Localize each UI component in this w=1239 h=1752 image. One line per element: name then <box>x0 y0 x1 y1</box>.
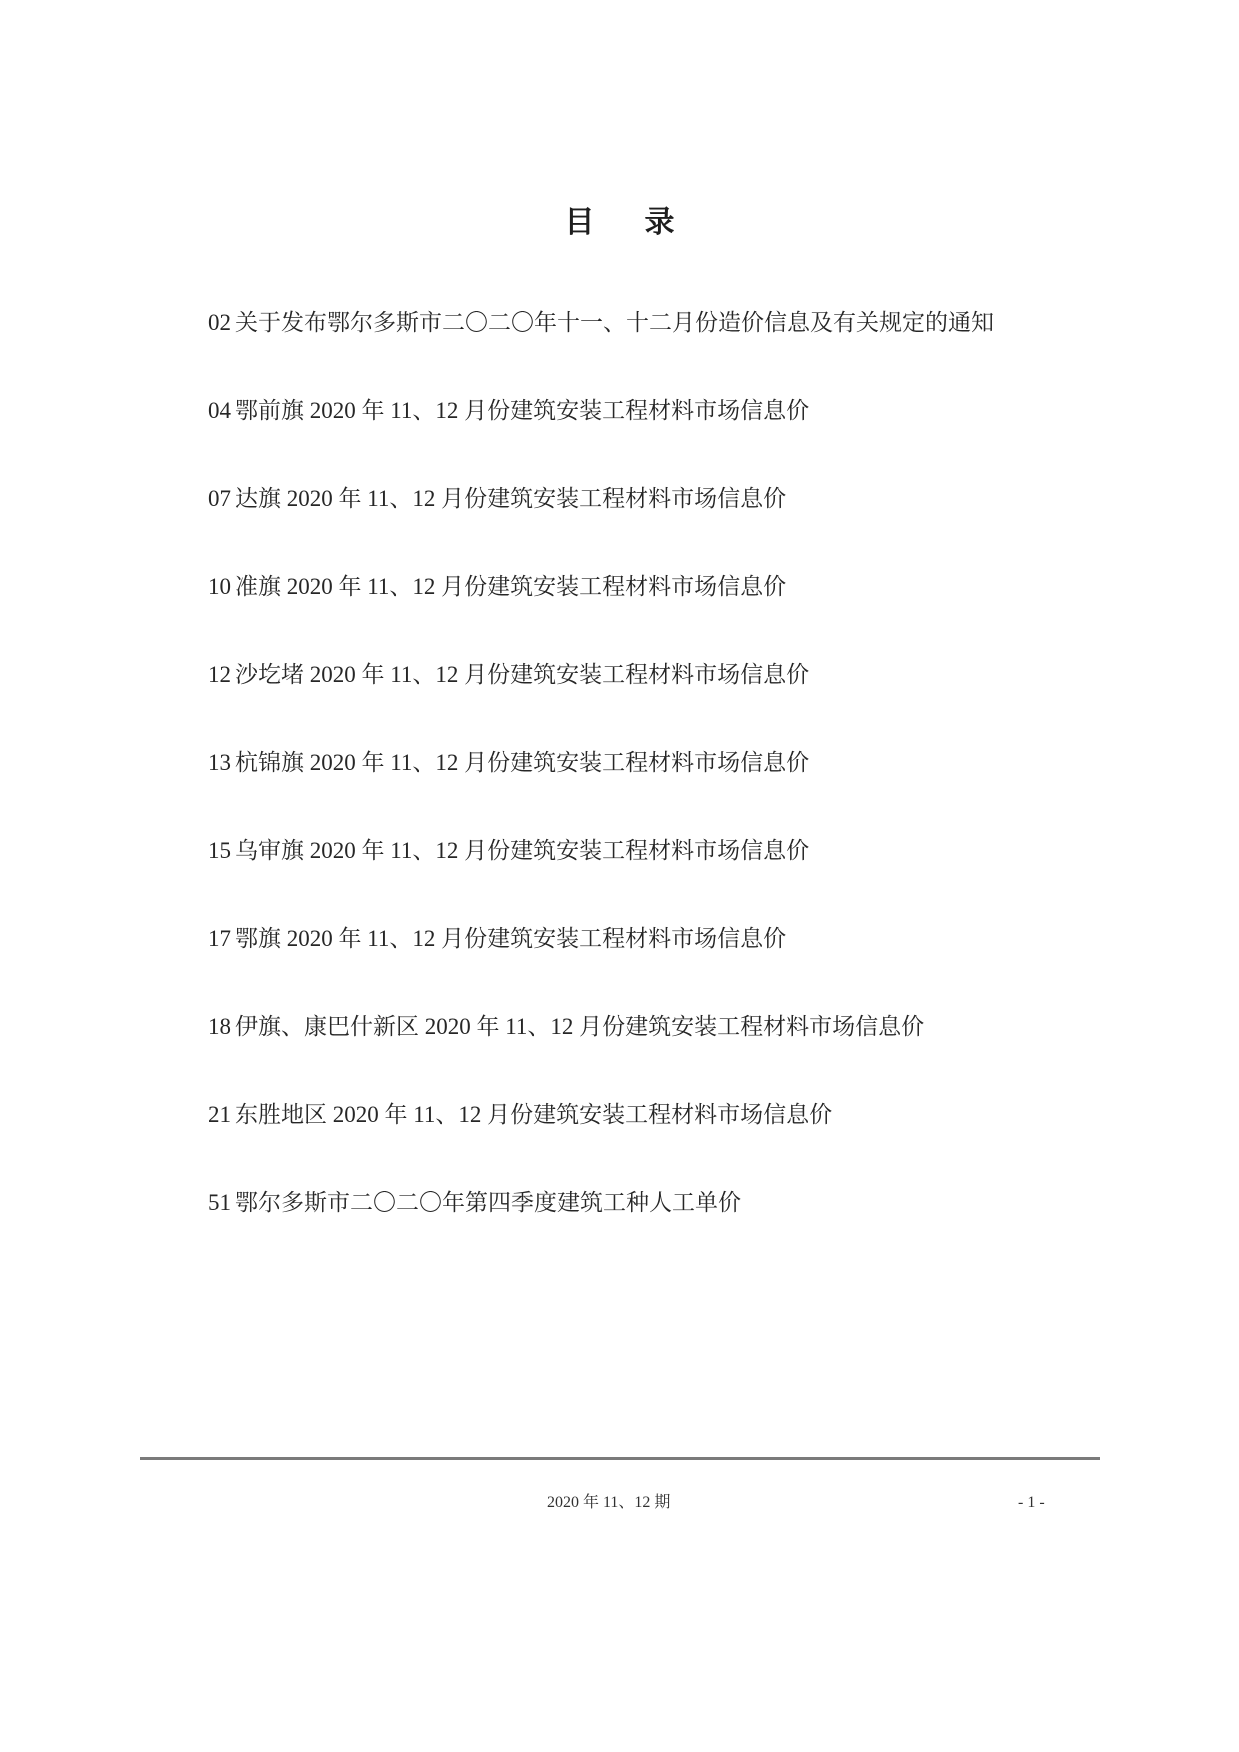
toc-entry[interactable]: 15乌审旗 2020 年 11、12 月份建筑安装工程材料市场信息价 <box>208 834 994 922</box>
toc-entry-title: 乌审旗 2020 年 11、12 月份建筑安装工程材料市场信息价 <box>235 838 809 863</box>
table-of-contents: 02关于发布鄂尔多斯市二〇二〇年十一、十二月份造价信息及有关规定的通知 04鄂前… <box>208 306 994 1274</box>
toc-entry-title: 鄂尔多斯市二〇二〇年第四季度建筑工种人工单价 <box>235 1190 741 1215</box>
toc-page-number: 02 <box>208 306 231 340</box>
toc-entry[interactable]: 04鄂前旗 2020 年 11、12 月份建筑安装工程材料市场信息价 <box>208 394 994 482</box>
title-char-2: 录 <box>645 203 675 243</box>
toc-entry-title: 杭锦旗 2020 年 11、12 月份建筑安装工程材料市场信息价 <box>235 750 809 775</box>
toc-entry-title: 伊旗、康巴什新区 2020 年 11、12 月份建筑安装工程材料市场信息价 <box>235 1014 924 1039</box>
toc-page-number: 51 <box>208 1186 231 1220</box>
toc-page-number: 13 <box>208 746 231 780</box>
toc-entry-title: 鄂前旗 2020 年 11、12 月份建筑安装工程材料市场信息价 <box>235 398 809 423</box>
title-char-1: 目 <box>565 203 595 243</box>
toc-page-number: 10 <box>208 570 231 604</box>
toc-entry-title: 东胜地区 2020 年 11、12 月份建筑安装工程材料市场信息价 <box>235 1102 832 1127</box>
toc-page-number: 04 <box>208 394 231 428</box>
toc-entry[interactable]: 12沙圪堵 2020 年 11、12 月份建筑安装工程材料市场信息价 <box>208 658 994 746</box>
toc-entry[interactable]: 02关于发布鄂尔多斯市二〇二〇年十一、十二月份造价信息及有关规定的通知 <box>208 306 994 394</box>
document-page: 目录 02关于发布鄂尔多斯市二〇二〇年十一、十二月份造价信息及有关规定的通知 0… <box>0 0 1239 1752</box>
toc-entry[interactable]: 17鄂旗 2020 年 11、12 月份建筑安装工程材料市场信息价 <box>208 922 994 1010</box>
toc-page-number: 15 <box>208 834 231 868</box>
toc-page-number: 17 <box>208 922 231 956</box>
footer-issue-label: 2020 年 11、12 期 <box>547 1492 670 1514</box>
toc-entry-title: 鄂旗 2020 年 11、12 月份建筑安装工程材料市场信息价 <box>235 926 786 951</box>
toc-entry-title: 达旗 2020 年 11、12 月份建筑安装工程材料市场信息价 <box>235 486 786 511</box>
footer-page-number: - 1 - <box>1018 1492 1045 1514</box>
toc-entry[interactable]: 51鄂尔多斯市二〇二〇年第四季度建筑工种人工单价 <box>208 1186 994 1274</box>
toc-page-number: 07 <box>208 482 231 516</box>
toc-entry[interactable]: 18伊旗、康巴什新区 2020 年 11、12 月份建筑安装工程材料市场信息价 <box>208 1010 994 1098</box>
toc-entry-title: 关于发布鄂尔多斯市二〇二〇年十一、十二月份造价信息及有关规定的通知 <box>235 310 994 335</box>
toc-page-number: 18 <box>208 1010 231 1044</box>
toc-entry[interactable]: 07达旗 2020 年 11、12 月份建筑安装工程材料市场信息价 <box>208 482 994 570</box>
page-title: 目录 <box>0 203 1239 243</box>
toc-page-number: 12 <box>208 658 231 692</box>
toc-page-number: 21 <box>208 1098 231 1132</box>
toc-entry[interactable]: 21东胜地区 2020 年 11、12 月份建筑安装工程材料市场信息价 <box>208 1098 994 1186</box>
toc-entry-title: 沙圪堵 2020 年 11、12 月份建筑安装工程材料市场信息价 <box>235 662 809 687</box>
footer-divider <box>140 1457 1100 1460</box>
toc-entry-title: 准旗 2020 年 11、12 月份建筑安装工程材料市场信息价 <box>235 574 786 599</box>
toc-entry[interactable]: 13杭锦旗 2020 年 11、12 月份建筑安装工程材料市场信息价 <box>208 746 994 834</box>
toc-entry[interactable]: 10准旗 2020 年 11、12 月份建筑安装工程材料市场信息价 <box>208 570 994 658</box>
